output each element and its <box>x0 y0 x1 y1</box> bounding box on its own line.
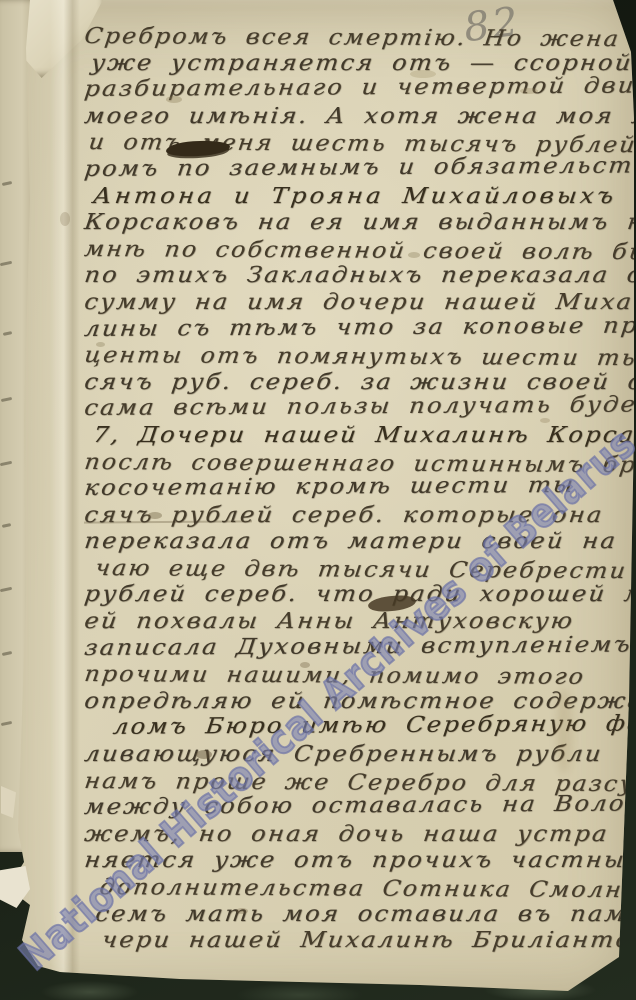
ink-mark <box>0 587 12 592</box>
handwritten-line: ромъ по заемнымъ и обязательствамъ <box>83 153 636 183</box>
handwritten-line: Корсаковъ на ея имя выданнымъ но <box>83 210 636 237</box>
paper-stain <box>148 512 162 519</box>
ink-mark <box>2 181 12 186</box>
handwritten-line: моего имѣнія. А хотя жена моя мнѣ <box>83 104 636 131</box>
ink-mark <box>0 261 12 266</box>
paper-stain <box>410 70 436 78</box>
handwritten-line: ломъ Бюро имѣю Серебряную фаб <box>83 712 636 742</box>
handwritten-line: Антона и Трояна Михайловыхъ <box>83 184 636 211</box>
handwritten-line: сама всѣми пользы получать будетъ <box>83 392 636 422</box>
handwritten-line: сумму на имя дочери нашей Миха <box>83 290 636 317</box>
ink-mark <box>1 397 12 402</box>
paper-stain <box>556 688 572 774</box>
handwritten-line: ей похвалы Анны Антуховскую <box>83 609 636 636</box>
paper-stain <box>196 750 212 759</box>
archive-document-scan: 82 Сребромъ всея смертію. Но жена мояуже… <box>0 0 636 1000</box>
handwritten-line: лины съ тѣмъ что за коповые про <box>83 313 636 343</box>
paper-stain <box>520 88 538 94</box>
handwritten-line: по этихъ Закладныхъ переказала сію <box>83 263 636 290</box>
ink-mark <box>0 461 12 466</box>
ink-mark <box>3 331 12 336</box>
handwritten-line: центы отъ помянутыхъ шести ты <box>83 343 636 373</box>
paper-stain <box>300 662 310 668</box>
handwritten-line: ливающуюся Сребреннымъ рубли <box>83 742 636 769</box>
handwritten-line: 7, Дочери нашей Михалинѣ Корсаковой <box>83 423 636 450</box>
ink-mark <box>1 721 12 726</box>
ink-mark <box>2 651 12 656</box>
paper-stain <box>96 342 105 347</box>
handwritten-line: рублей сереб. что ради хорошей мо <box>83 582 636 609</box>
vertical-crease <box>50 0 80 1000</box>
paper-stain <box>408 252 420 258</box>
handwritten-line: семъ мать моя оставила въ память до <box>83 902 636 929</box>
handwritten-line: чери нашей Михалинѣ Бриліантовой <box>83 928 636 955</box>
ink-mark <box>2 523 11 528</box>
paper-stain <box>540 418 550 423</box>
paper-stain <box>236 908 248 914</box>
handwritten-line: дополнительства Сотника Смолна. При <box>83 875 636 905</box>
torn-edge-flap <box>0 866 30 908</box>
paper-stain <box>166 96 182 103</box>
paper-stain <box>60 212 70 226</box>
handwritten-line: Сребромъ всея смертію. Но жена моя <box>83 24 636 54</box>
